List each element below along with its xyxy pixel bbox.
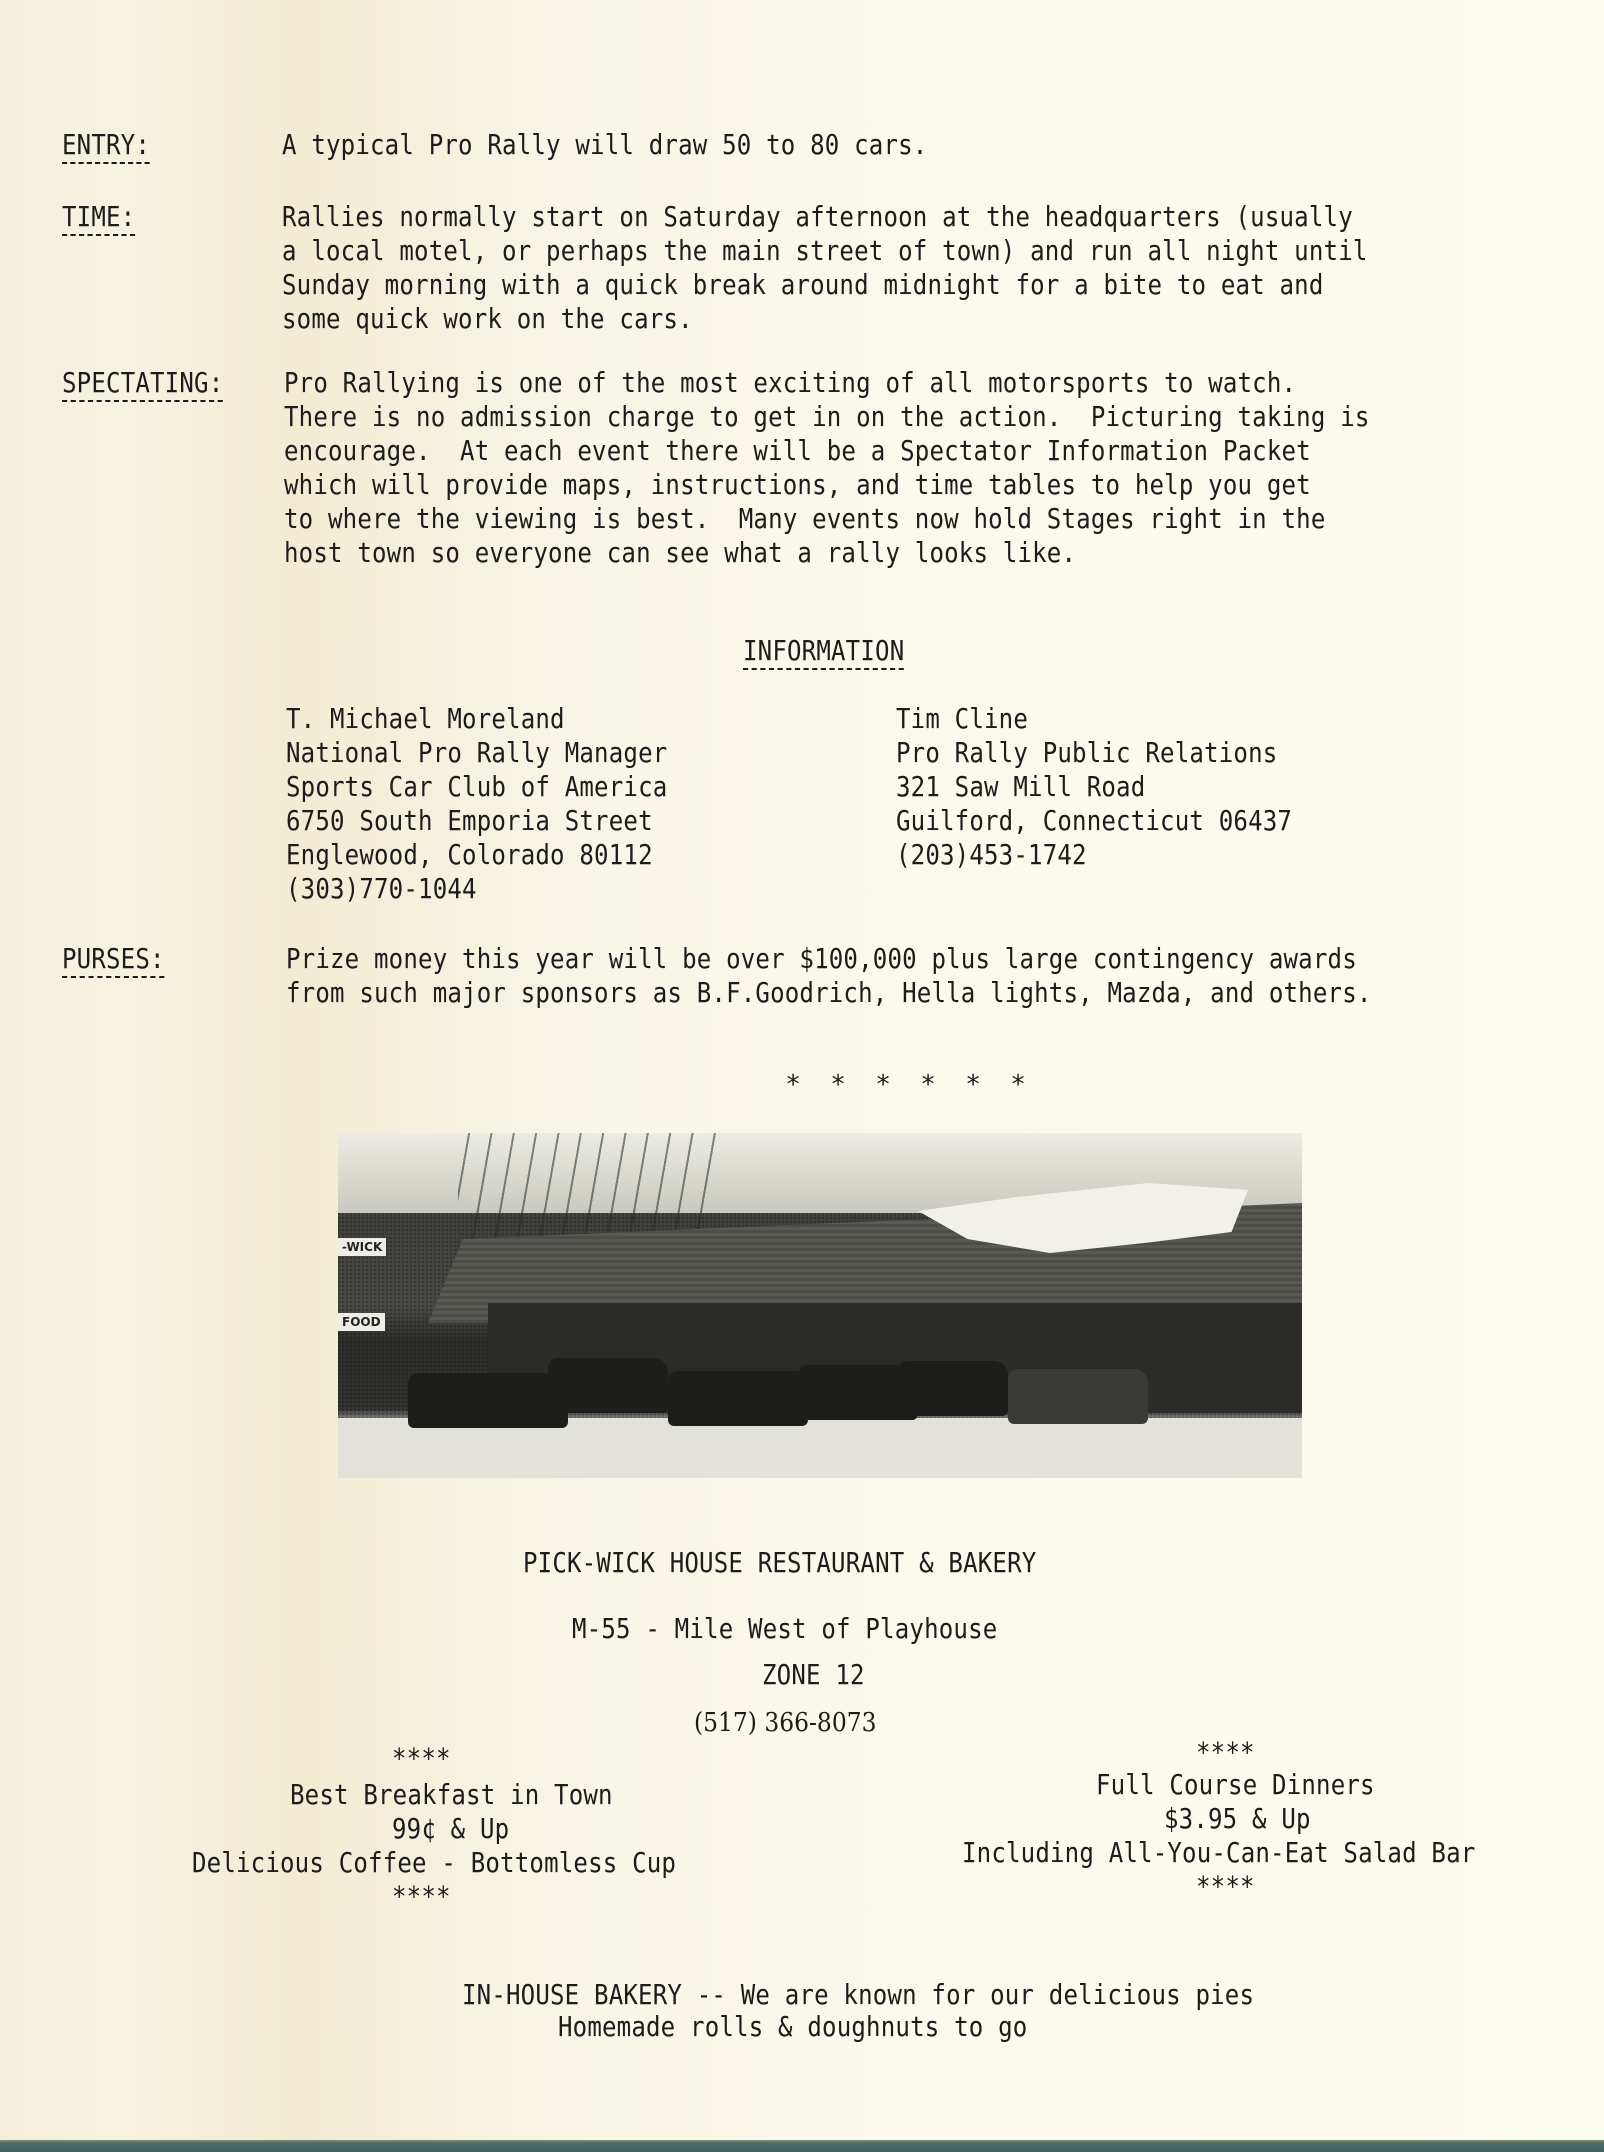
time-text-line-2: a local motel, or perhaps the main stree… bbox=[282, 234, 1368, 268]
divider-stars: ****** bbox=[708, 1040, 1041, 1130]
salad-bar-line: Including All-You-Can-Eat Salad Bar bbox=[962, 1836, 1475, 1870]
spectating-text-line-5: to where the viewing is best. Many event… bbox=[284, 502, 1326, 536]
information-heading: INFORMATION bbox=[743, 634, 904, 668]
time-text-line-3: Sunday morning with a quick break around… bbox=[282, 268, 1324, 302]
photo-trees bbox=[458, 1133, 718, 1243]
breakfast-line: Best Breakfast in Town bbox=[290, 1778, 613, 1812]
restaurant-zone: ZONE 12 bbox=[762, 1658, 865, 1692]
bakery-line-2: Homemade rolls & doughnuts to go bbox=[558, 2010, 1027, 2044]
spectating-text-line-1: Pro Rallying is one of the most exciting… bbox=[284, 366, 1296, 400]
contact-left-phone: (303)770-1044 bbox=[286, 872, 477, 906]
photo-sign-bottom: FOOD bbox=[338, 1313, 385, 1331]
dinner-stars-bottom: **** bbox=[1196, 1870, 1255, 1904]
restaurant-location: M-55 - Mile West of Playhouse bbox=[572, 1612, 997, 1646]
bakery-line-1: IN-HOUSE BAKERY -- We are known for our … bbox=[462, 1978, 1254, 2012]
coffee-line: Delicious Coffee - Bottomless Cup bbox=[192, 1846, 676, 1880]
contact-left-line: Sports Car Club of America bbox=[286, 770, 667, 804]
document-page: ENTRY: A typical Pro Rally will draw 50 … bbox=[0, 0, 1604, 2152]
spectating-label: SPECTATING: bbox=[62, 366, 223, 400]
contact-left-line: T. Michael Moreland bbox=[286, 702, 565, 736]
contact-left-line: Englewood, Colorado 80112 bbox=[286, 838, 653, 872]
scan-edge-band bbox=[0, 2140, 1604, 2152]
star-glyph: * bbox=[771, 1070, 816, 1100]
spectating-text-line-4: which will provide maps, instructions, a… bbox=[284, 468, 1311, 502]
dinner-line: Full Course Dinners bbox=[1096, 1768, 1375, 1802]
contact-left-line: 6750 South Emporia Street bbox=[286, 804, 653, 838]
photo-car bbox=[408, 1373, 568, 1428]
contact-right-line: 321 Saw Mill Road bbox=[896, 770, 1145, 804]
contact-right-line: Guilford, Connecticut 06437 bbox=[896, 804, 1292, 838]
purses-text-line-2: from such major sponsors as B.F.Goodrich… bbox=[286, 976, 1372, 1010]
restaurant-photo: -WICK FOOD bbox=[338, 1133, 1302, 1478]
star-glyph: * bbox=[906, 1070, 951, 1100]
breakfast-price: 99¢ & Up bbox=[392, 1812, 509, 1846]
purses-text-line-1: Prize money this year will be over $100,… bbox=[286, 942, 1357, 976]
star-glyph: * bbox=[861, 1070, 906, 1100]
photo-sign-top: -WICK bbox=[338, 1238, 386, 1256]
entry-label: ENTRY: bbox=[62, 128, 150, 162]
star-glyph: * bbox=[996, 1070, 1041, 1100]
contact-right-phone: (203)453-1742 bbox=[896, 838, 1087, 872]
dinner-stars-top: **** bbox=[1196, 1736, 1255, 1770]
restaurant-phone: (517) 366-8073 bbox=[694, 1708, 876, 1738]
breakfast-stars-top: **** bbox=[392, 1742, 451, 1776]
spectating-text-line-3: encourage. At each event there will be a… bbox=[284, 434, 1311, 468]
time-text-line-1: Rallies normally start on Saturday after… bbox=[282, 200, 1353, 234]
photo-car bbox=[668, 1371, 808, 1426]
contact-left-line: National Pro Rally Manager bbox=[286, 736, 667, 770]
contact-right-line: Pro Rally Public Relations bbox=[896, 736, 1277, 770]
restaurant-name: PICK-WICK HOUSE RESTAURANT & BAKERY bbox=[523, 1546, 1036, 1580]
photo-car bbox=[1008, 1369, 1148, 1424]
dinner-price: $3.95 & Up bbox=[1164, 1802, 1311, 1836]
photo-car bbox=[898, 1361, 1008, 1416]
breakfast-stars-bottom: **** bbox=[392, 1880, 451, 1914]
contact-right-line: Tim Cline bbox=[896, 702, 1028, 736]
star-glyph: * bbox=[816, 1070, 861, 1100]
purses-label: PURSES: bbox=[62, 942, 165, 976]
photo-car bbox=[548, 1358, 668, 1413]
spectating-text-line-2: There is no admission charge to get in o… bbox=[284, 400, 1370, 434]
spectating-text-line-6: host town so everyone can see what a ral… bbox=[284, 536, 1076, 570]
entry-text: A typical Pro Rally will draw 50 to 80 c… bbox=[282, 128, 927, 162]
time-text-line-4: some quick work on the cars. bbox=[282, 302, 693, 336]
star-glyph: * bbox=[951, 1070, 996, 1100]
time-label: TIME: bbox=[62, 200, 135, 234]
